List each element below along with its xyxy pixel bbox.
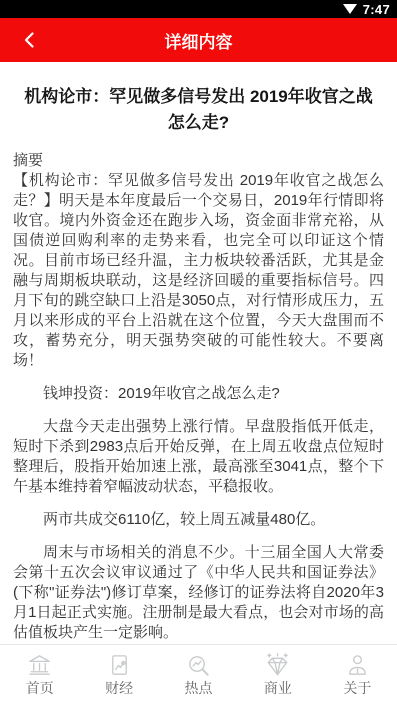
app-header: 详细内容 bbox=[0, 18, 397, 62]
signal-triangle-icon bbox=[343, 4, 357, 14]
back-button[interactable] bbox=[10, 18, 50, 62]
nav-item-business[interactable]: 商业 bbox=[238, 645, 317, 701]
nav-label-hot: 热点 bbox=[185, 681, 213, 696]
article-body: 【机构论市：罕见做多信号发出 2019年收官之战怎么走？】明天是本年度最后一个交… bbox=[13, 171, 384, 644]
nav-item-about[interactable]: 关于 bbox=[318, 645, 397, 701]
summary-label: 摘要 bbox=[13, 151, 384, 171]
article-paragraph: 周末与市场相关的消息不少。十三届全国人大常委会第十五次会议审议通过了《中华人民共… bbox=[13, 543, 384, 643]
article-title: 机构论市：罕见做多信号发出 2019年收官之战怎么走? bbox=[13, 84, 384, 136]
bank-icon bbox=[27, 653, 52, 678]
person-icon bbox=[345, 653, 370, 678]
diamond-icon bbox=[265, 653, 290, 678]
status-bar: 7:47 bbox=[0, 0, 397, 18]
finance-doc-icon bbox=[107, 653, 132, 678]
article-paragraph: 两市共成交6110亿，较上周五减量480亿。 bbox=[13, 510, 384, 530]
search-trend-icon bbox=[186, 653, 211, 678]
chevron-left-icon bbox=[20, 30, 40, 50]
app-screen: 7:47 详细内容 机构论市：罕见做多信号发出 2019年收官之战怎么走? 摘要… bbox=[0, 0, 397, 701]
status-time: 7:47 bbox=[363, 2, 390, 17]
page-title: 详细内容 bbox=[165, 28, 233, 53]
nav-item-finance[interactable]: 财经 bbox=[79, 645, 158, 701]
article-content[interactable]: 机构论市：罕见做多信号发出 2019年收官之战怎么走? 摘要 【机构论市：罕见做… bbox=[0, 62, 397, 644]
article-paragraph: 钱坤投资：2019年收官之战怎么走? bbox=[13, 384, 384, 404]
nav-item-hot[interactable]: 热点 bbox=[159, 645, 238, 701]
nav-label-home: 首页 bbox=[26, 681, 54, 696]
nav-label-about: 关于 bbox=[343, 681, 371, 696]
article-paragraph: 大盘今天走出强势上涨行情。早盘股指低开低走，短时下杀到2983点后开始反弹，在上… bbox=[13, 417, 384, 497]
nav-item-home[interactable]: 首页 bbox=[0, 645, 79, 701]
bottom-nav: 首页 财经 热点 bbox=[0, 644, 397, 701]
nav-label-finance: 财经 bbox=[105, 681, 133, 696]
nav-label-business: 商业 bbox=[264, 681, 292, 696]
article-paragraph: 【机构论市：罕见做多信号发出 2019年收官之战怎么走？】明天是本年度最后一个交… bbox=[13, 171, 384, 371]
